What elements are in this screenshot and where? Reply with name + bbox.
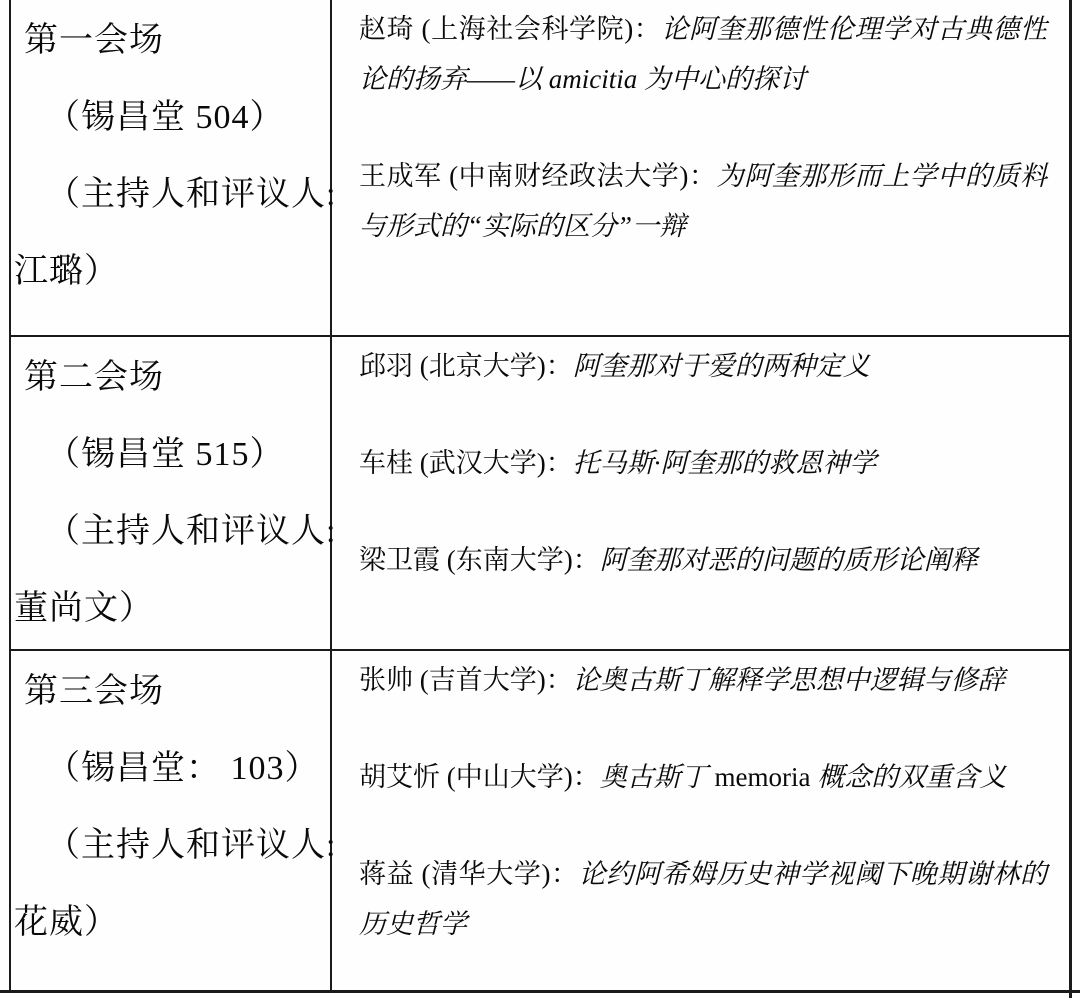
table-row-session-3: 第三会场 （锡昌堂： 103） （主持人和评议人: 花威） 张帅 (吉首大学)：… (11, 651, 1069, 990)
talk-title: 阿奎那对恶的问题的质形论阐释 (600, 545, 978, 575)
session-3-talks-cell: 张帅 (吉首大学)：论奥古斯丁解释学思想中逻辑与修辞 胡艾忻 (中山大学)：奥古… (332, 651, 1069, 990)
session-moderator-label: （主持人和评议人: (46, 493, 324, 570)
session-room: （锡昌堂 504） (46, 79, 324, 156)
session-1-venue-cell: 第一会场 （锡昌堂 504） （主持人和评议人: 江璐） (11, 0, 332, 335)
talk-item: 蒋益 (清华大学)：论约阿希姆历史神学视阈下晚期谢林的历史哲学 (359, 849, 1047, 949)
talk-title: 奥古斯丁 memoria 概念的双重含义 (600, 762, 1006, 792)
session-3-venue-cell: 第三会场 （锡昌堂： 103） （主持人和评议人: 花威） (11, 651, 332, 990)
conference-schedule-table: 第一会场 （锡昌堂 504） （主持人和评议人: 江璐） 赵琦 (上海社会科学院… (9, 0, 1072, 990)
talk-item: 车桂 (武汉大学)：托马斯·阿奎那的救恩神学 (359, 438, 1047, 488)
latin-term: amicitia (549, 64, 638, 94)
session-2-talks-cell: 邱羽 (北京大学)：阿奎那对于爱的两种定义 车桂 (武汉大学)：托马斯·阿奎那的… (332, 337, 1069, 649)
latin-term: memoria (714, 762, 810, 792)
talk-speaker: 邱羽 (北京大学)： (359, 351, 573, 381)
session-moderator: 江璐） (14, 233, 324, 310)
talk-title: 托马斯·阿奎那的救恩神学 (573, 448, 877, 478)
talk-title-text: 阿奎那对恶的问题的质形论阐释 (600, 545, 978, 575)
session-room: （锡昌堂 515） (46, 416, 324, 493)
session-2-venue-cell: 第二会场 （锡昌堂 515） （主持人和评议人: 董尚文） (11, 337, 332, 649)
talk-speaker: 张帅 (吉首大学)： (359, 665, 573, 695)
talk-item: 王成军 (中南财经政法大学)：为阿奎那形而上学中的质料与形式的“实际的区分”一辩 (359, 151, 1047, 251)
talk-item: 赵琦 (上海社会科学院)：论阿奎那德性伦理学对古典德性论的扬弃——以 amici… (359, 4, 1047, 104)
session-moderator: 董尚文） (14, 570, 324, 647)
next-row-right-border (1069, 990, 1072, 998)
talk-item: 胡艾忻 (中山大学)：奥古斯丁 memoria 概念的双重含义 (359, 752, 1047, 802)
session-moderator-label: （主持人和评议人: (46, 807, 324, 884)
talk-title: 论奥古斯丁解释学思想中逻辑与修辞 (573, 665, 1005, 695)
session-name: 第二会场 (24, 339, 324, 416)
talk-title-text: 奥古斯丁 (600, 762, 715, 792)
talk-speaker: 蒋益 (清华大学)： (359, 859, 579, 889)
talk-item: 梁卫霞 (东南大学)：阿奎那对恶的问题的质形论阐释 (359, 535, 1047, 585)
talk-speaker: 车桂 (武汉大学)： (359, 448, 573, 478)
table-row-session-1: 第一会场 （锡昌堂 504） （主持人和评议人: 江璐） 赵琦 (上海社会科学院… (11, 0, 1069, 337)
talk-item: 张帅 (吉首大学)：论奥古斯丁解释学思想中逻辑与修辞 (359, 655, 1047, 705)
talk-speaker: 王成军 (中南财经政法大学)： (359, 161, 717, 191)
talk-title-text: 论奥古斯丁解释学思想中逻辑与修辞 (573, 665, 1005, 695)
talk-title-text: 为中心的探讨 (637, 64, 806, 94)
talk-title: 阿奎那对于爱的两种定义 (573, 351, 870, 381)
session-name: 第三会场 (24, 653, 324, 730)
talk-speaker: 胡艾忻 (中山大学)： (359, 762, 600, 792)
talk-item: 邱羽 (北京大学)：阿奎那对于爱的两种定义 (359, 341, 1047, 391)
talk-title-text: 阿奎那对于爱的两种定义 (573, 351, 870, 381)
session-1-talks-cell: 赵琦 (上海社会科学院)：论阿奎那德性伦理学对古典德性论的扬弃——以 amici… (332, 0, 1069, 335)
session-moderator: 花威） (14, 884, 324, 961)
table-row-session-2: 第二会场 （锡昌堂 515） （主持人和评议人: 董尚文） 邱羽 (北京大学)：… (11, 337, 1069, 651)
talk-title-text: 托马斯·阿奎那的救恩神学 (573, 448, 877, 478)
session-name: 第一会场 (24, 2, 324, 79)
session-moderator-label: （主持人和评议人: (46, 156, 324, 233)
next-row-divider (0, 990, 1080, 993)
talk-speaker: 梁卫霞 (东南大学)： (359, 545, 600, 575)
talk-speaker: 赵琦 (上海社会科学院)： (359, 14, 661, 44)
session-room: （锡昌堂： 103） (46, 730, 324, 807)
talk-title-text: 概念的双重含义 (810, 762, 1006, 792)
document-page: 第一会场 （锡昌堂 504） （主持人和评议人: 江璐） 赵琦 (上海社会科学院… (0, 0, 1080, 998)
